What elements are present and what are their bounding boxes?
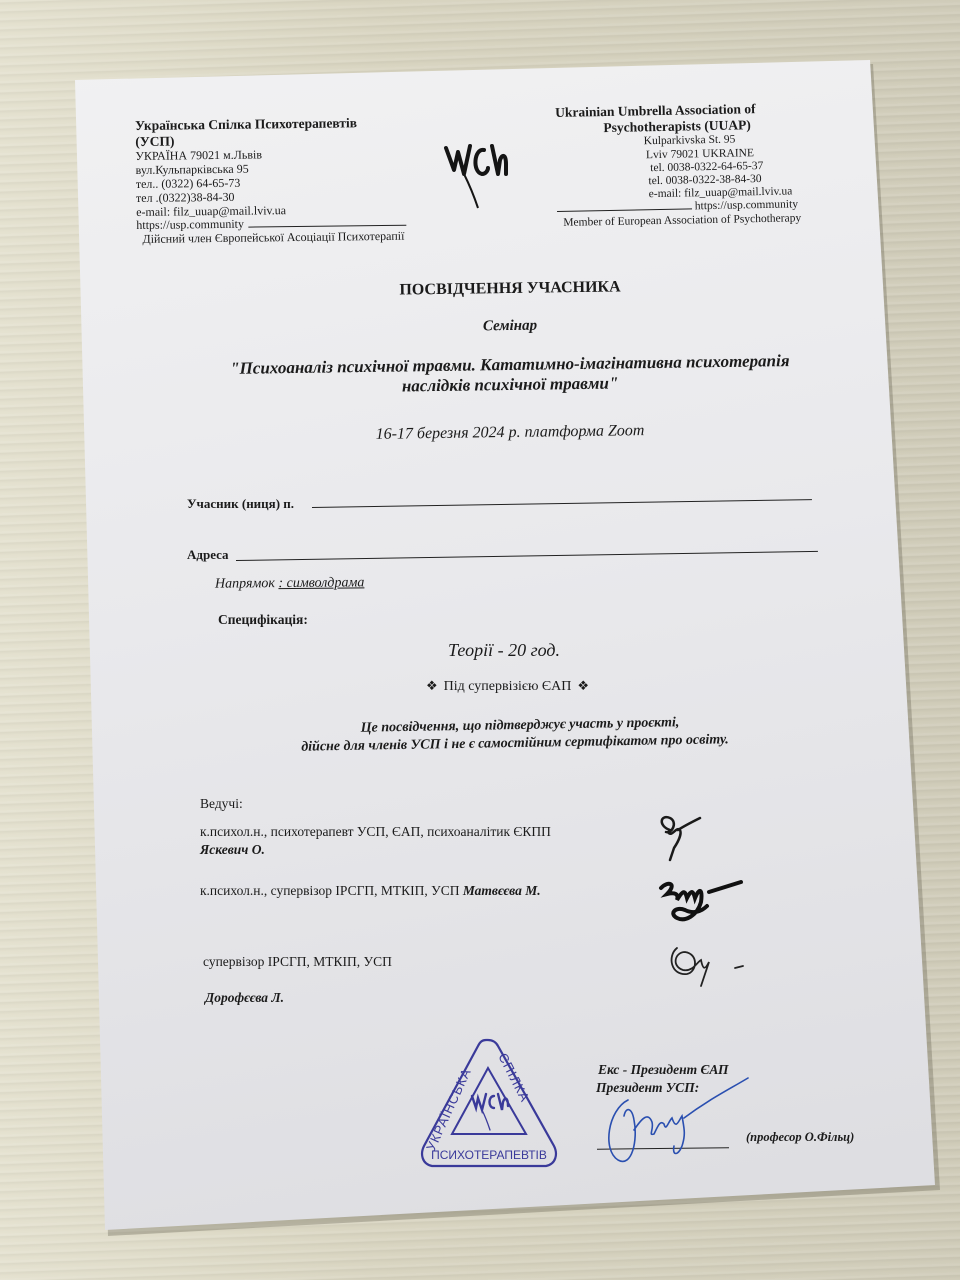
participant-field: Учасник (ниця) п.	[187, 496, 294, 512]
leader-3-name: Дорофєєва Л.	[205, 990, 284, 1006]
direction-label: Напрямок	[215, 576, 279, 592]
president-name: (професор О.Фільц)	[746, 1130, 854, 1145]
divider	[557, 201, 692, 213]
leader-2-credentials: к.психол.н., супервізор ІРСГП, МТКІП, УС…	[200, 883, 459, 898]
diamond-bullet-icon: ❖	[420, 678, 444, 693]
website-link-en[interactable]: https://usp.community	[695, 199, 798, 213]
leader-2-name: Матвєєва М.	[463, 883, 541, 898]
svg-text:СПІЛКА: СПІЛКА	[495, 1051, 533, 1105]
specification-label: Специфікація:	[218, 612, 308, 628]
theory-hours: Теорії - 20 год.	[448, 640, 560, 661]
organization-stamp: УКРАЇНСЬКА СПІЛКА ПСИХОТЕРАПЕВТІВ	[414, 1034, 564, 1174]
leader-2-line: к.психол.н., супервізор ІРСГП, МТКІП, УС…	[200, 883, 541, 899]
address-label: Адреса	[187, 547, 229, 562]
supervision-line: ❖Під супервізією ЄАП❖	[420, 679, 595, 695]
diamond-bullet-icon: ❖	[571, 678, 595, 693]
leader-1-credentials: к.психол.н., психотерапевт УСП, ЄАП, пси…	[200, 824, 551, 840]
stamp-logo-icon	[472, 1094, 508, 1130]
header-left: Українська Спілка Психотерапевтів (УСП) …	[135, 115, 406, 247]
direction: Напрямок : символдрама	[215, 575, 365, 592]
stamp-text-right: СПІЛКА	[495, 1051, 533, 1105]
leader-3-credentials: супервізор ІРСГП, МТКІП, УСП	[203, 954, 392, 970]
supervision-text: Під супервізією ЄАП	[444, 679, 572, 694]
leader-1-name: Яскевич О.	[200, 842, 265, 858]
leaders-heading: Ведучі:	[200, 796, 243, 812]
header-right: Ukrainian Umbrella Association of Psycho…	[555, 100, 801, 230]
signature-2-icon	[655, 872, 745, 932]
uuap-logo-icon	[440, 130, 510, 210]
stamp-text-bottom: ПСИХОТЕРАПЕВТІВ	[431, 1148, 547, 1162]
signature-3-icon	[665, 940, 750, 990]
president-signature-icon	[598, 1060, 758, 1170]
address-field: Адреса	[187, 547, 229, 563]
participant-label: Учасник (ниця) п.	[187, 496, 294, 511]
direction-value: : символдрама	[278, 575, 364, 591]
divider	[248, 217, 406, 228]
signature-1-icon	[652, 808, 712, 863]
